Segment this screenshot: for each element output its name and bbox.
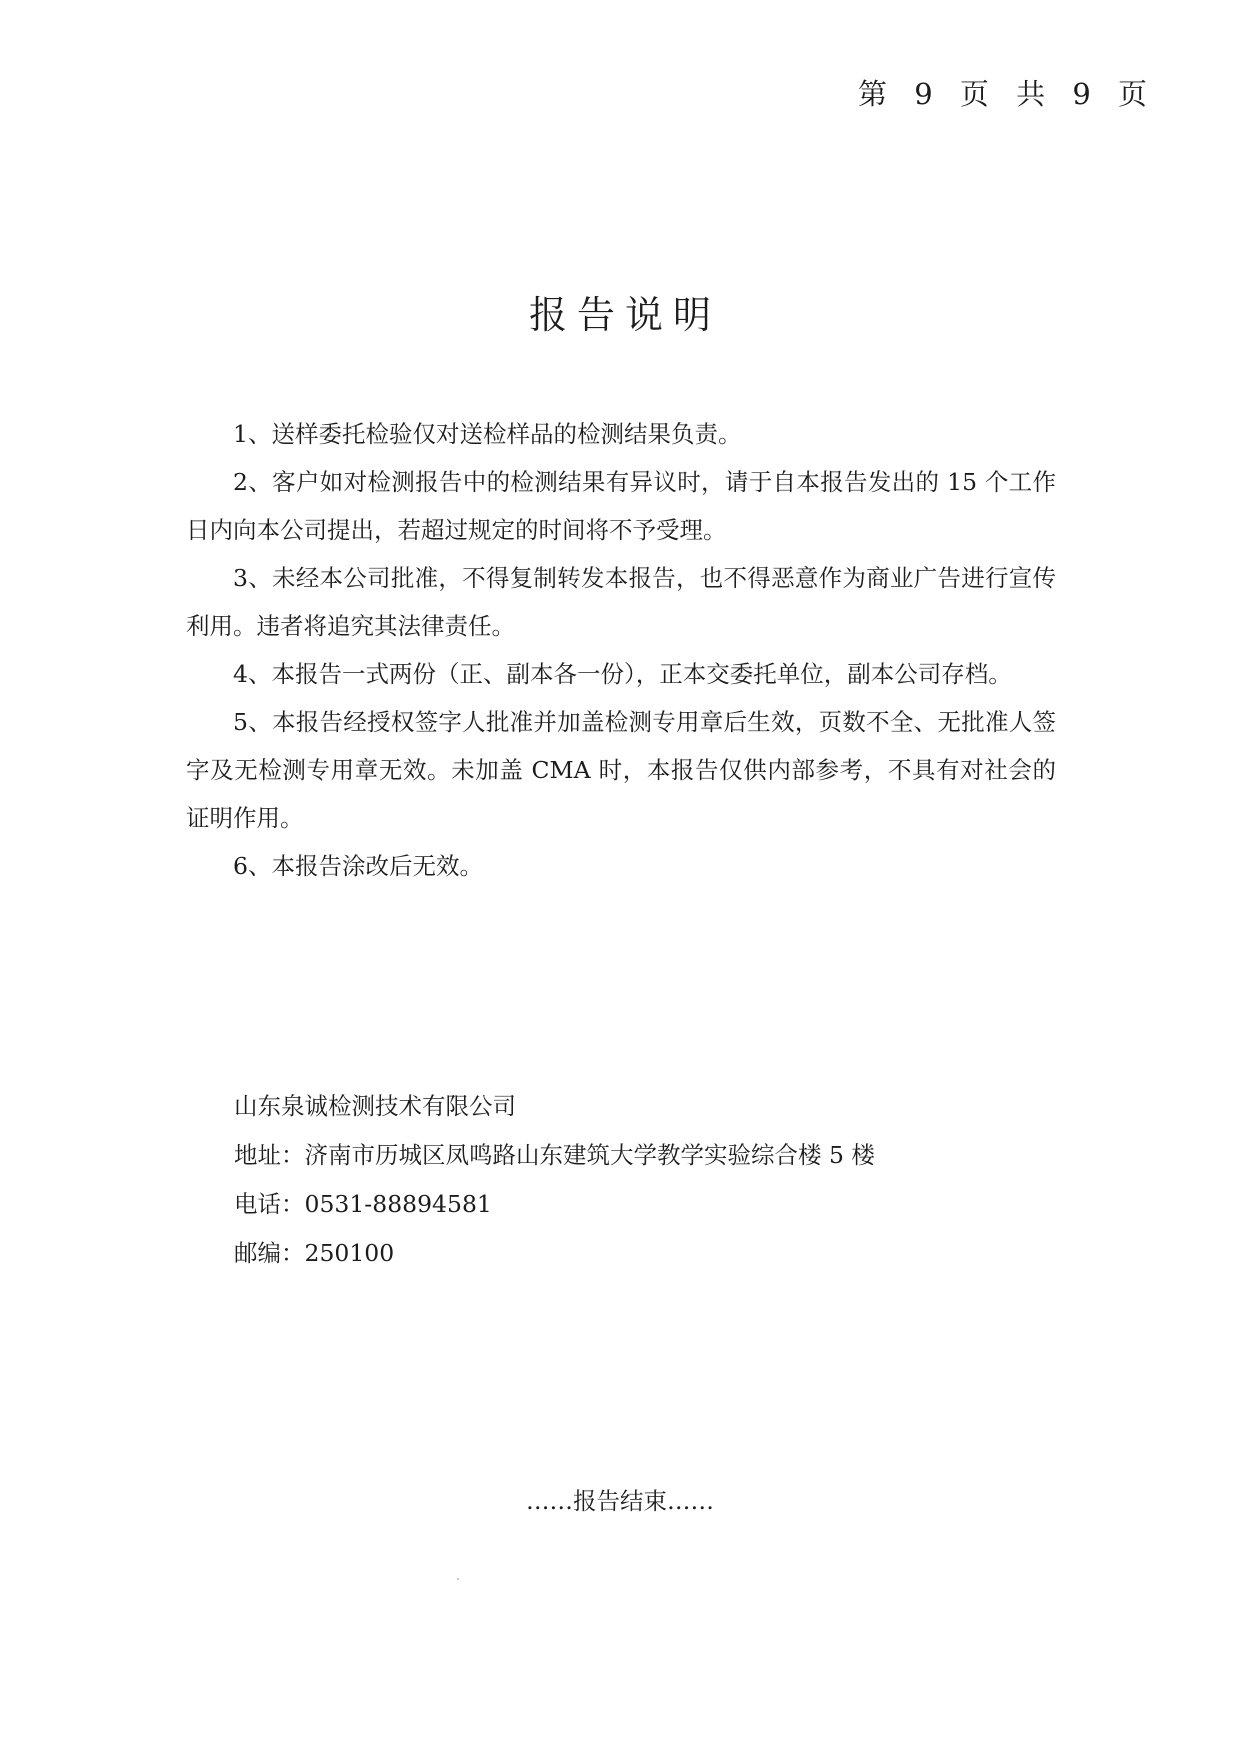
document-title: 报告说明 bbox=[0, 296, 1240, 334]
postcode-value: 250100 bbox=[305, 1239, 395, 1267]
note-item-3: 3、未经本公司批准，不得复制转发本报告，也不得恶意作为商业广告进行宣传利用。违者… bbox=[186, 554, 1056, 650]
report-notes-list: 1、送样委托检验仅对送检样品的检测结果负责。 2、客户如对检测报告中的检测结果有… bbox=[186, 410, 1056, 890]
address-label: 地址： bbox=[234, 1141, 305, 1169]
scan-speck bbox=[457, 1578, 459, 1580]
phone-label: 电话： bbox=[234, 1190, 305, 1218]
company-postcode: 邮编：250100 bbox=[234, 1229, 875, 1278]
report-end-mark: ……报告结束…… bbox=[0, 1490, 1240, 1514]
company-address: 地址：济南市历城区凤鸣路山东建筑大学教学实验综合楼 5 楼 bbox=[234, 1131, 875, 1180]
postcode-label: 邮编： bbox=[234, 1239, 305, 1267]
company-phone: 电话：0531-88894581 bbox=[234, 1180, 875, 1229]
note-item-6: 6、本报告涂改后无效。 bbox=[186, 842, 1056, 890]
company-contact-block: 山东泉诚检测技术有限公司 地址：济南市历城区凤鸣路山东建筑大学教学实验综合楼 5… bbox=[234, 1082, 875, 1278]
address-value: 济南市历城区凤鸣路山东建筑大学教学实验综合楼 5 楼 bbox=[305, 1141, 875, 1169]
note-item-1: 1、送样委托检验仅对送检样品的检测结果负责。 bbox=[186, 410, 1056, 458]
note-item-4: 4、本报告一式两份（正、副本各一份），正本交委托单位，副本公司存档。 bbox=[186, 650, 1056, 698]
note-item-2: 2、客户如对检测报告中的检测结果有异议时，请于自本报告发出的 15 个工作日内向… bbox=[186, 458, 1056, 554]
note-item-5: 5、本报告经授权签字人批准并加盖检测专用章后生效，页数不全、无批准人签字及无检测… bbox=[186, 698, 1056, 842]
page-indicator: 第 9 页 共 9 页 bbox=[858, 80, 1156, 109]
company-name: 山东泉诚检测技术有限公司 bbox=[234, 1082, 875, 1131]
phone-value: 0531-88894581 bbox=[305, 1190, 492, 1218]
